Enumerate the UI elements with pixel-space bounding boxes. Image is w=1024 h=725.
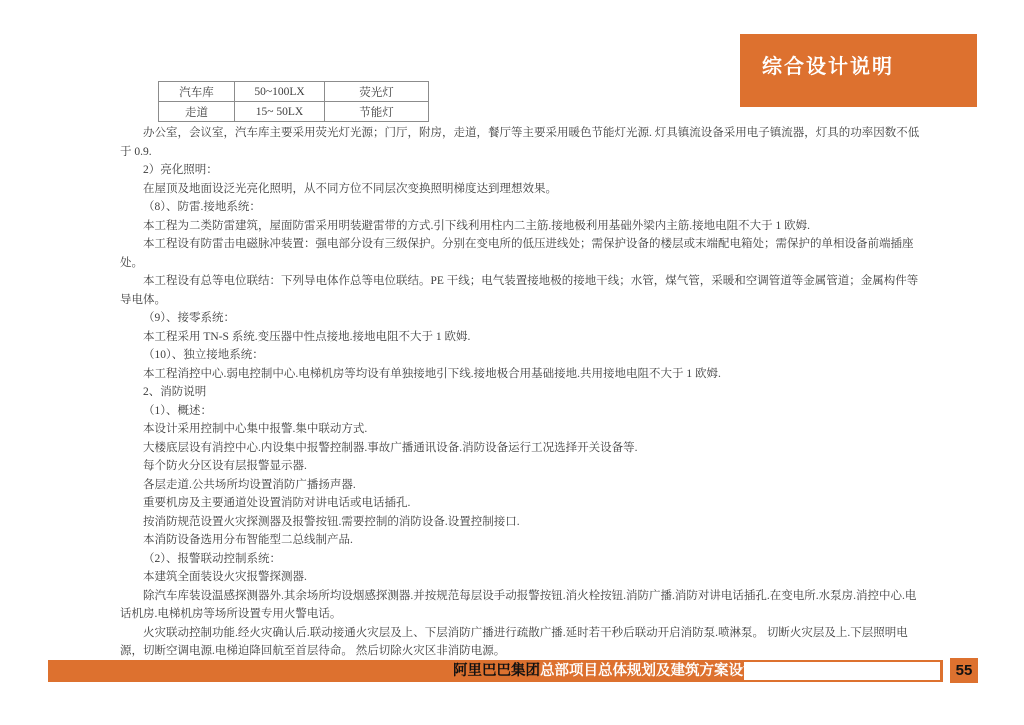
paragraph: 2）亮化照明： xyxy=(120,161,920,180)
paragraph: 本工程设有总等电位联结：下列导电体作总等电位联结。PE 干线；电气装置接地极的接… xyxy=(120,272,920,309)
paragraph: 每个防火分区设有层报警显示器. xyxy=(120,457,920,476)
page-number: 55 xyxy=(950,658,978,683)
paragraph: 除汽车库装设温感探测器外.其余场所均设烟感探测器.并按规范每层设手动报警按钮.消… xyxy=(120,587,920,624)
paragraph: 本建筑全面装设火灾报警探测器. xyxy=(120,568,920,587)
paragraph: 重要机房及主要通道处设置消防对讲电话或电话插孔. xyxy=(120,494,920,513)
footer-bar: 阿里巴巴集团总部项目总体规划及建筑方案设计 xyxy=(48,660,943,682)
paragraph: 本工程设有防雷击电磁脉冲装置：强电部分设有三级保护。分别在变电所的低压进线处；需… xyxy=(120,235,920,272)
paragraph: 在屋顶及地面设泛光亮化照明，从不同方位不同层次变换照明梯度达到理想效果。 xyxy=(120,180,920,199)
paragraph: 按消防规范设置火灾探测器及报警按钮.需要控制的消防设备.设置控制接口. xyxy=(120,513,920,532)
body-text: 办公室，会议室，汽车库主要采用荧光灯光源；门厅，附房，走道，餐厅等主要采用暖色节… xyxy=(120,124,920,679)
footer-project-name-company: 阿里巴巴集团 xyxy=(453,663,540,679)
paragraph: 各层走道.公共场所均设置消防广播扬声器. xyxy=(120,476,920,495)
page-title-box: 综合设计说明 xyxy=(740,34,977,107)
page-title: 综合设计说明 xyxy=(740,34,977,79)
paragraph: 火灾联动控制功能.经火灾确认后.联动接通火灾层及上、下层消防广播进行疏散广播.延… xyxy=(120,624,920,661)
paragraph: 本工程为二类防雷建筑，屋面防雷采用明装避雷带的方式.引下线利用柱内二主筋.接地极… xyxy=(120,217,920,236)
paragraph: 2、消防说明 xyxy=(120,383,920,402)
table-cell-lux: 15~ 50LX xyxy=(235,102,325,122)
document-page: 综合设计说明 汽车库 50~100LX 荧光灯 走道 15~ 50LX 节能灯 … xyxy=(0,0,1024,725)
paragraph: 本工程消控中心.弱电控制中心.电梯机房等均设有单独接地引下线.接地极合用基础接地… xyxy=(120,365,920,384)
paragraph: 本消防设备选用分布智能型二总线制产品. xyxy=(120,531,920,550)
paragraph: （8）、防雷.接地系统： xyxy=(120,198,920,217)
paragraph: （9）、接零系统： xyxy=(120,309,920,328)
footer-blank-box xyxy=(744,662,940,680)
table-cell-area: 走道 xyxy=(159,102,235,122)
paragraph: （1）、概述： xyxy=(120,402,920,421)
footer-project-name: 阿里巴巴集团总部项目总体规划及建筑方案设计 xyxy=(453,660,758,682)
paragraph: 办公室，会议室，汽车库主要采用荧光灯光源；门厅，附房，走道，餐厅等主要采用暖色节… xyxy=(120,124,920,161)
paragraph: （10）、独立接地系统： xyxy=(120,346,920,365)
lighting-table: 汽车库 50~100LX 荧光灯 走道 15~ 50LX 节能灯 xyxy=(158,81,429,122)
table-row: 汽车库 50~100LX 荧光灯 xyxy=(159,82,429,102)
paragraph: 本工程采用 TN-S 系统.变压器中性点接地.接地电阻不大于 1 欧姆. xyxy=(120,328,920,347)
footer-project-name-subtitle: 总部项目总体规划及建筑方案设计 xyxy=(540,663,758,679)
paragraph: 大楼底层设有消控中心.内设集中报警控制器.事故广播通讯设备.消防设备运行工况选择… xyxy=(120,439,920,458)
table-cell-lamp: 荧光灯 xyxy=(325,82,429,102)
table-row: 走道 15~ 50LX 节能灯 xyxy=(159,102,429,122)
table-cell-lamp: 节能灯 xyxy=(325,102,429,122)
table-cell-lux: 50~100LX xyxy=(235,82,325,102)
table-cell-area: 汽车库 xyxy=(159,82,235,102)
paragraph: 本设计采用控制中心集中报警.集中联动方式. xyxy=(120,420,920,439)
paragraph: （2）、报警联动控制系统： xyxy=(120,550,920,569)
